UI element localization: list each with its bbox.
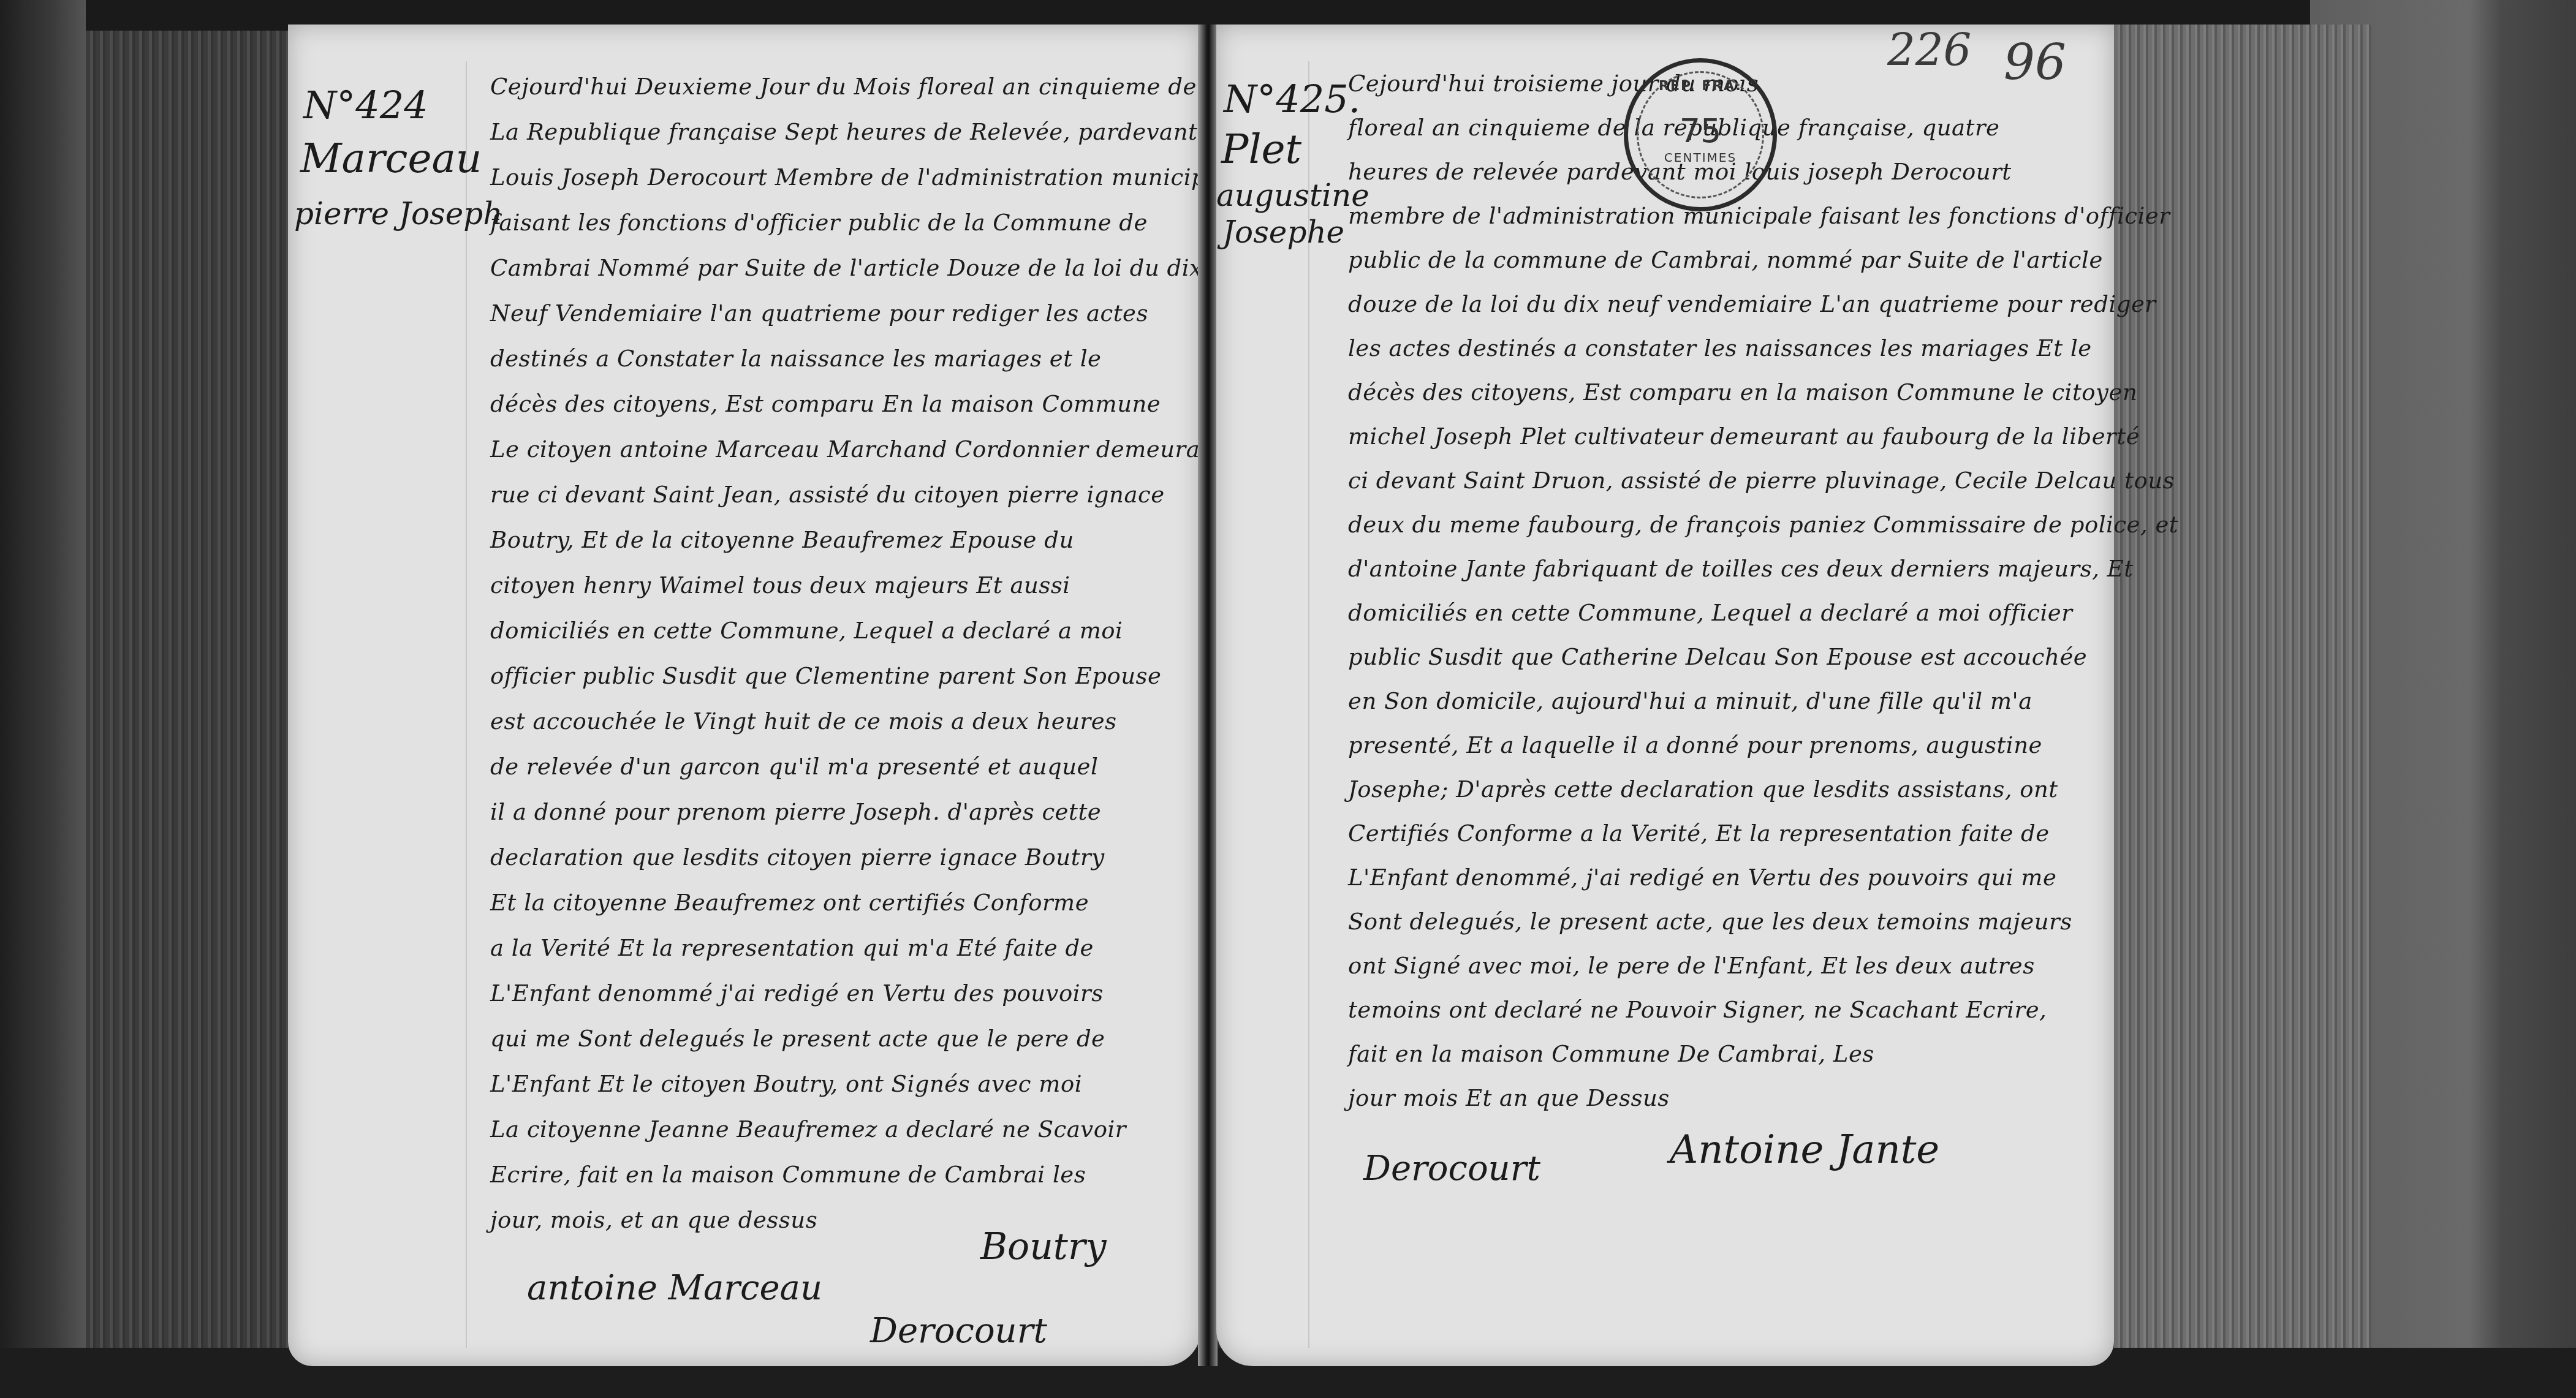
- text-line: a la Verité Et la representation qui m'a…: [490, 935, 1094, 961]
- text-line: officier public Susdit que Clementine pa…: [490, 663, 1161, 689]
- book-gutter: [1198, 25, 1218, 1366]
- margin-rule: [466, 61, 467, 1348]
- left-page: N°424 Marceau pierre Joseph Cejourd'hui …: [288, 25, 1201, 1366]
- text-line: douze de la loi du dix neuf vendemiaire …: [1348, 291, 2156, 317]
- text-line: en Son domicile, aujourd'hui a minuit, d…: [1348, 688, 2032, 714]
- text-line: declaration que lesdits citoyen pierre i…: [490, 844, 1105, 871]
- entry-surname: Plet: [1221, 126, 1301, 173]
- text-line: rue ci devant Saint Jean, assisté du cit…: [490, 482, 1165, 508]
- text-line: fait en la maison Commune De Cambrai, Le…: [1348, 1041, 1874, 1067]
- text-line: Et la citoyenne Beaufremez ont certifiés…: [490, 890, 1089, 916]
- text-line: il a donné pour prenom pierre Joseph. d'…: [490, 799, 1101, 825]
- signature-officer: Derocourt: [870, 1311, 1047, 1351]
- text-line: La Republique française Sept heures de R…: [490, 119, 1248, 145]
- text-line: deux du meme faubourg, de françois panie…: [1348, 512, 2178, 538]
- entry-given-names-2: Josephe: [1222, 214, 1344, 250]
- text-line: Sont delegués, le present acte, que les …: [1348, 909, 2072, 935]
- text-line: public de la commune de Cambrai, nommé p…: [1348, 247, 2103, 273]
- text-line: Cambrai Nommé par Suite de l'article Dou…: [490, 255, 1202, 281]
- text-line: Cejourd'hui Deuxieme Jour du Mois florea…: [490, 74, 1197, 100]
- text-line: La citoyenne Jeanne Beaufremez a declaré…: [490, 1116, 1126, 1143]
- text-line: domiciliés en cette Commune, Lequel a de…: [1348, 600, 2072, 626]
- text-line: est accouchée le Vingt huit de ce mois a…: [490, 708, 1117, 735]
- folio-number: 226: [1887, 25, 1971, 76]
- text-line: Neuf Vendemiaire l'an quatrieme pour red…: [490, 300, 1148, 327]
- text-line: public Susdit que Catherine Delcau Son E…: [1348, 644, 2087, 670]
- signature-father: antoine Marceau: [527, 1268, 822, 1308]
- text-line: décès des citoyens, Est comparu En la ma…: [490, 391, 1161, 417]
- margin-rule: [1308, 61, 1309, 1348]
- signature-witness: Antoine Jante: [1670, 1127, 1939, 1173]
- signature-officer: Derocourt: [1363, 1149, 1540, 1188]
- right-page: N°425. Plet augustine Josephe Cejourd'hu…: [1216, 25, 2114, 1366]
- text-line: qui me Sont delegués le present acte que…: [490, 1026, 1105, 1052]
- text-line: citoyen henry Waimel tous deux majeurs E…: [490, 572, 1070, 599]
- text-line: Le citoyen antoine Marceau Marchand Cord…: [490, 436, 1224, 463]
- scan-backdrop-left: [0, 0, 86, 1398]
- revenue-stamp: REP. FRA. 75 CENTIMES: [1624, 58, 1777, 211]
- text-line: Josephe; D'après cette declaration que l…: [1348, 776, 2058, 803]
- text-line: L'Enfant denommé, j'ai redigé en Vertu d…: [1348, 864, 2056, 891]
- text-line: faisant les fonctions d'officier public …: [490, 210, 1148, 236]
- folio-secondary: 96: [2004, 34, 2066, 91]
- text-line: Louis Joseph Derocourt Membre de l'admin…: [490, 164, 1241, 191]
- text-line: les actes destinés a constater les naiss…: [1348, 335, 2092, 361]
- book-page-edges-left: [86, 31, 288, 1360]
- text-line: membre de l'administration municipale fa…: [1348, 203, 2170, 229]
- text-line: domiciliés en cette Commune, Lequel a de…: [490, 618, 1123, 644]
- text-line: ont Signé avec moi, le pere de l'Enfant,…: [1348, 953, 2035, 979]
- text-line: Boutry, Et de la citoyenne Beaufremez Ep…: [490, 527, 1074, 553]
- text-line: L'Enfant Et le citoyen Boutry, ont Signé…: [490, 1071, 1082, 1097]
- text-line: michel Joseph Plet cultivateur demeurant…: [1348, 423, 2140, 450]
- text-line: Certifiés Conforme a la Verité, Et la re…: [1348, 820, 2050, 847]
- stamp-top-text: REP. FRA.: [1659, 78, 1742, 94]
- text-line: ci devant Saint Druon, assisté de pierre…: [1348, 467, 2175, 494]
- text-line: temoins ont declaré ne Pouvoir Signer, n…: [1348, 997, 2047, 1023]
- entry-number: N°424: [303, 83, 428, 127]
- signature-witness: Boutry: [980, 1225, 1107, 1268]
- entry-number: N°425.: [1224, 77, 1360, 121]
- entry-given-names-1: augustine: [1216, 178, 1369, 213]
- text-line: de relevée d'un garcon qu'il m'a present…: [490, 754, 1098, 780]
- text-line: jour mois Et an que Dessus: [1348, 1085, 1670, 1111]
- text-line: destinés a Constater la naissance les ma…: [490, 346, 1102, 372]
- text-line: Ecrire, fait en la maison Commune de Cam…: [490, 1162, 1086, 1188]
- text-line: L'Enfant denommé j'ai redigé en Vertu de…: [490, 980, 1104, 1007]
- text-line: presenté, Et a laquelle il a donné pour …: [1348, 732, 2042, 758]
- text-line: décès des citoyens, Est comparu en la ma…: [1348, 379, 2137, 406]
- entry-surname: Marceau: [300, 135, 482, 182]
- text-line: jour, mois, et an que dessus: [490, 1207, 817, 1233]
- text-line: d'antoine Jante fabriquant de toilles ce…: [1348, 556, 2134, 582]
- entry-given-names: pierre Joseph: [294, 196, 502, 232]
